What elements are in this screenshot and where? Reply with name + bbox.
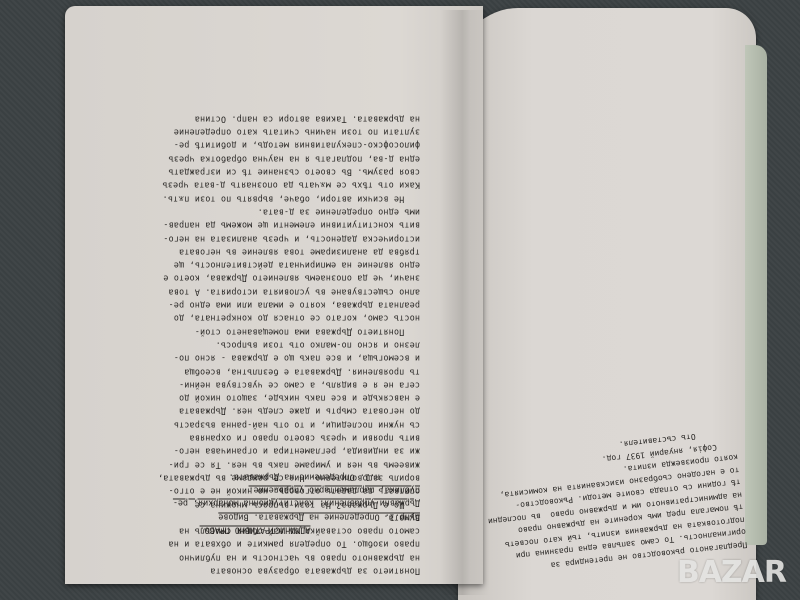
- page-stack-edge: [745, 45, 767, 545]
- left-page-heading: АДМИНИСТРАТИВНО ПРАВО.Въпр.1. Определени…: [90, 470, 420, 536]
- bazar-watermark-logo: BAZAR: [677, 555, 786, 590]
- question-lines: Въпр.1. Определение на Държавата. Видове…: [90, 483, 420, 523]
- section-title: п.1. Определение на Държавата.: [90, 470, 420, 483]
- book-photo: Понятието за държавата образува основата…: [0, 0, 800, 600]
- chapter-title: АДМИНИСТРАТИВНО ПРАВО.: [90, 523, 420, 536]
